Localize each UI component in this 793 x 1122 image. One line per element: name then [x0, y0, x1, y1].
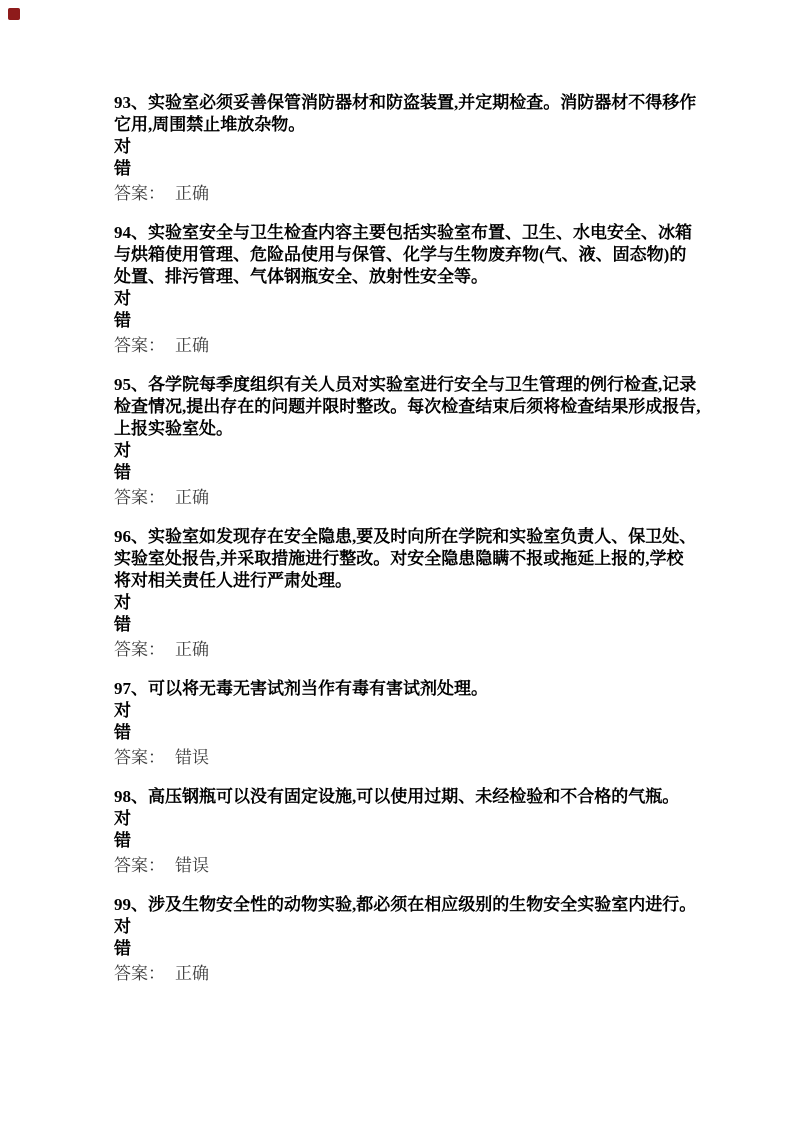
answer-line: 答案：错误	[114, 747, 734, 769]
option-false[interactable]: 错	[114, 158, 131, 180]
answer-label: 答案：	[114, 184, 165, 203]
question-text: 93、实验室必须妥善保管消防器材和防盗装置,并定期检查。消防器材不得移作 它用,…	[114, 92, 734, 136]
option-true[interactable]: 对	[114, 808, 131, 830]
option-false[interactable]: 错	[114, 614, 131, 636]
answer-label: 答案：	[114, 488, 165, 507]
option-true[interactable]: 对	[114, 440, 131, 462]
option-true[interactable]: 对	[114, 592, 131, 614]
question-block: 98、高压钢瓶可以没有固定设施,可以使用过期、未经检验和不合格的气瓶。 对 错 …	[114, 786, 734, 877]
answer-line: 答案：正确	[114, 639, 734, 661]
answer-value: 正确	[175, 640, 209, 659]
question-text: 96、实验室如发现存在安全隐患,要及时向所在学院和实验室负责人、保卫处、 实验室…	[114, 526, 734, 592]
question-list: 93、实验室必须妥善保管消防器材和防盗装置,并定期检查。消防器材不得移作 它用,…	[114, 92, 734, 1002]
question-block: 96、实验室如发现存在安全隐患,要及时向所在学院和实验室负责人、保卫处、 实验室…	[114, 526, 734, 661]
answer-value: 错误	[175, 856, 209, 875]
option-true[interactable]: 对	[114, 700, 131, 722]
option-true[interactable]: 对	[114, 916, 131, 938]
answer-label: 答案：	[114, 336, 165, 355]
answer-value: 正确	[175, 184, 209, 203]
answer-label: 答案：	[114, 748, 165, 767]
answer-line: 答案：错误	[114, 855, 734, 877]
answer-line: 答案：正确	[114, 963, 734, 985]
option-true[interactable]: 对	[114, 288, 131, 310]
question-text: 98、高压钢瓶可以没有固定设施,可以使用过期、未经检验和不合格的气瓶。	[114, 786, 734, 808]
answer-value: 正确	[175, 964, 209, 983]
option-false[interactable]: 错	[114, 462, 131, 484]
option-false[interactable]: 错	[114, 830, 131, 852]
option-true[interactable]: 对	[114, 136, 131, 158]
option-false[interactable]: 错	[114, 938, 131, 960]
option-false[interactable]: 错	[114, 722, 131, 744]
answer-value: 正确	[175, 488, 209, 507]
answer-label: 答案：	[114, 856, 165, 875]
answer-value: 错误	[175, 748, 209, 767]
question-text: 95、各学院每季度组织有关人员对实验室进行安全与卫生管理的例行检查,记录 检查情…	[114, 374, 734, 440]
answer-line: 答案：正确	[114, 183, 734, 205]
question-text: 99、涉及生物安全性的动物实验,都必须在相应级别的生物安全实验室内进行。	[114, 894, 734, 916]
answer-label: 答案：	[114, 964, 165, 983]
question-text: 94、实验室安全与卫生检查内容主要包括实验室布置、卫生、水电安全、冰箱 与烘箱使…	[114, 222, 734, 288]
answer-value: 正确	[175, 336, 209, 355]
answer-line: 答案：正确	[114, 335, 734, 357]
answer-label: 答案：	[114, 640, 165, 659]
question-block: 93、实验室必须妥善保管消防器材和防盗装置,并定期检查。消防器材不得移作 它用,…	[114, 92, 734, 205]
answer-line: 答案：正确	[114, 487, 734, 509]
quiz-sheet: 93、实验室必须妥善保管消防器材和防盗装置,并定期检查。消防器材不得移作 它用,…	[0, 0, 793, 1122]
broken-image-icon	[8, 8, 20, 20]
option-false[interactable]: 错	[114, 310, 131, 332]
question-block: 97、可以将无毒无害试剂当作有毒有害试剂处理。 对 错 答案：错误	[114, 678, 734, 769]
question-block: 94、实验室安全与卫生检查内容主要包括实验室布置、卫生、水电安全、冰箱 与烘箱使…	[114, 222, 734, 357]
question-block: 99、涉及生物安全性的动物实验,都必须在相应级别的生物安全实验室内进行。 对 错…	[114, 894, 734, 985]
question-text: 97、可以将无毒无害试剂当作有毒有害试剂处理。	[114, 678, 734, 700]
question-block: 95、各学院每季度组织有关人员对实验室进行安全与卫生管理的例行检查,记录 检查情…	[114, 374, 734, 509]
